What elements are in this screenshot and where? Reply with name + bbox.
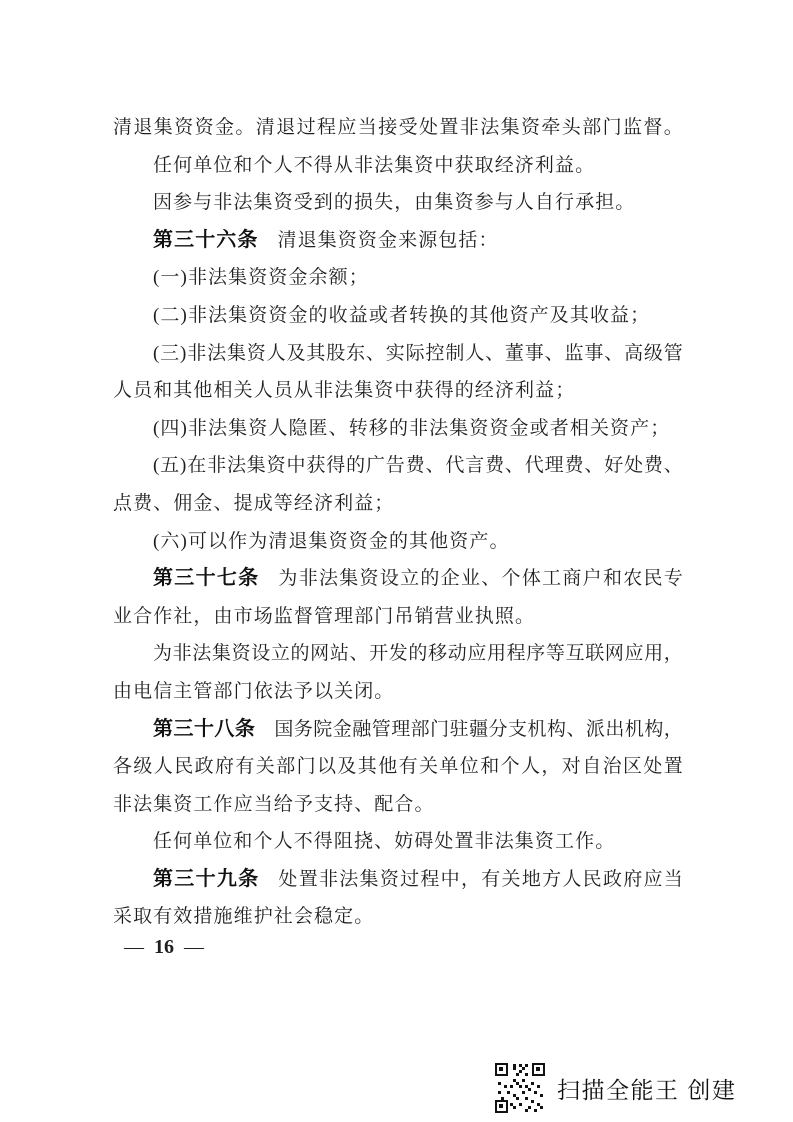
document-line: (二)非法集资资金的收益或者转换的其他资产及其收益； (113, 297, 683, 335)
line-text: 处置非法集资过程中，有关地方人民政府应当 (278, 869, 683, 890)
document-line: 业合作社，由市场监督管理部门吊销营业执照。 (113, 598, 683, 636)
line-text: 任何单位和个人不得从非法集资中获取经济利益。 (153, 155, 595, 176)
qr-code-icon (495, 1063, 545, 1113)
document-line: 非法集资工作应当给予支持、配合。 (113, 786, 683, 824)
line-text: 采取有效措施维护社会稳定。 (113, 906, 374, 927)
article-number-heading: 第三十七条 (153, 567, 259, 589)
line-text: 非法集资工作应当给予支持、配合。 (113, 794, 435, 815)
line-text: 为非法集资设立的网站、开发的移动应用程序等互联网应用， (153, 643, 683, 664)
page-number-dash-left: — (124, 936, 144, 959)
document-line: 为非法集资设立的网站、开发的移动应用程序等互联网应用， (113, 635, 683, 673)
document-line: 点费、佣金、提成等经济利益； (113, 485, 683, 523)
document-line: (三)非法集资人及其股东、实际控制人、董事、监事、高级管理 (113, 335, 683, 373)
document-line: 第三十七条为非法集资设立的企业、个体工商户和农民专 (113, 560, 683, 598)
line-text: 点费、佣金、提成等经济利益； (113, 493, 394, 514)
scanner-app-label: 扫描全能王 创建 (557, 1072, 736, 1105)
page-number-dash-right: — (184, 936, 204, 959)
document-body: 清退集资资金。清退过程应当接受处置非法集资牵头部门监督。任何单位和个人不得从非法… (113, 109, 683, 936)
document-line: (一)非法集资资金余额； (113, 259, 683, 297)
document-page: 清退集资资金。清退过程应当接受处置非法集资牵头部门监督。任何单位和个人不得从非法… (0, 0, 793, 1122)
page-number: — 16 — (124, 933, 204, 961)
line-text: 因参与非法集资受到的损失，由集资参与人自行承担。 (153, 192, 635, 213)
document-line: 第三十六条清退集资资金来源包括： (113, 222, 683, 260)
scanner-watermark: 扫描全能王 创建 (495, 1063, 736, 1113)
line-text: (三)非法集资人及其股东、实际控制人、董事、监事、高级管理 (153, 343, 683, 373)
document-line: 采取有效措施维护社会稳定。 (113, 898, 683, 936)
document-line: 清退集资资金。清退过程应当接受处置非法集资牵头部门监督。 (113, 109, 683, 147)
qr-finder-top-right (532, 1063, 545, 1076)
document-line: 由电信主管部门依法予以关闭。 (113, 673, 683, 711)
line-text: (四)非法集资人隐匿、转移的非法集资资金或者相关资产； (153, 418, 670, 439)
document-line: (六)可以作为清退集资资金的其他资产。 (113, 523, 683, 561)
qr-finder-top-left (495, 1063, 508, 1076)
line-text: 为非法集资设立的企业、个体工商户和农民专 (278, 568, 683, 589)
document-line: 任何单位和个人不得阻挠、妨碍处置非法集资工作。 (113, 823, 683, 861)
article-number-heading: 第三十九条 (153, 868, 259, 890)
line-text: (一)非法集资资金余额； (153, 267, 369, 288)
article-number-heading: 第三十八条 (153, 718, 255, 740)
line-text: 人员和其他相关人员从非法集资中获得的经济利益； (113, 380, 575, 401)
line-text: 清退集资资金来源包括： (278, 230, 499, 251)
document-line: 第三十九条处置非法集资过程中，有关地方人民政府应当 (113, 861, 683, 899)
article-number-heading: 第三十六条 (153, 229, 259, 251)
qr-finder-bottom-left (495, 1100, 508, 1113)
qr-modules (513, 1064, 516, 1067)
line-text: 由电信主管部门依法予以关闭。 (113, 681, 394, 702)
line-text: 业合作社，由市场监督管理部门吊销营业执照。 (113, 606, 535, 627)
document-line: (四)非法集资人隐匿、转移的非法集资资金或者相关资产； (113, 410, 683, 448)
document-line: (五)在非法集资中获得的广告费、代言费、代理费、好处费、返 (113, 447, 683, 485)
document-line: 第三十八条国务院金融管理部门驻疆分支机构、派出机构， (113, 711, 683, 749)
line-text: (二)非法集资资金的收益或者转换的其他资产及其收益； (153, 305, 650, 326)
document-line: 各级人民政府有关部门以及其他有关单位和个人，对自治区处置 (113, 748, 683, 786)
page-number-value: 16 (154, 936, 174, 959)
line-text: 各级人民政府有关部门以及其他有关单位和个人，对自治区处置 (113, 756, 683, 777)
line-text: (五)在非法集资中获得的广告费、代言费、代理费、好处费、返 (153, 455, 683, 485)
document-line: 任何单位和个人不得从非法集资中获取经济利益。 (113, 147, 683, 185)
line-text: 清退集资资金。清退过程应当接受处置非法集资牵头部门监督。 (113, 117, 683, 138)
document-line: 人员和其他相关人员从非法集资中获得的经济利益； (113, 372, 683, 410)
line-text: 国务院金融管理部门驻疆分支机构、派出机构， (274, 719, 683, 740)
line-text: (六)可以作为清退集资资金的其他资产。 (153, 531, 510, 552)
line-text: 任何单位和个人不得阻挠、妨碍处置非法集资工作。 (153, 831, 615, 852)
document-line: 因参与非法集资受到的损失，由集资参与人自行承担。 (113, 184, 683, 222)
